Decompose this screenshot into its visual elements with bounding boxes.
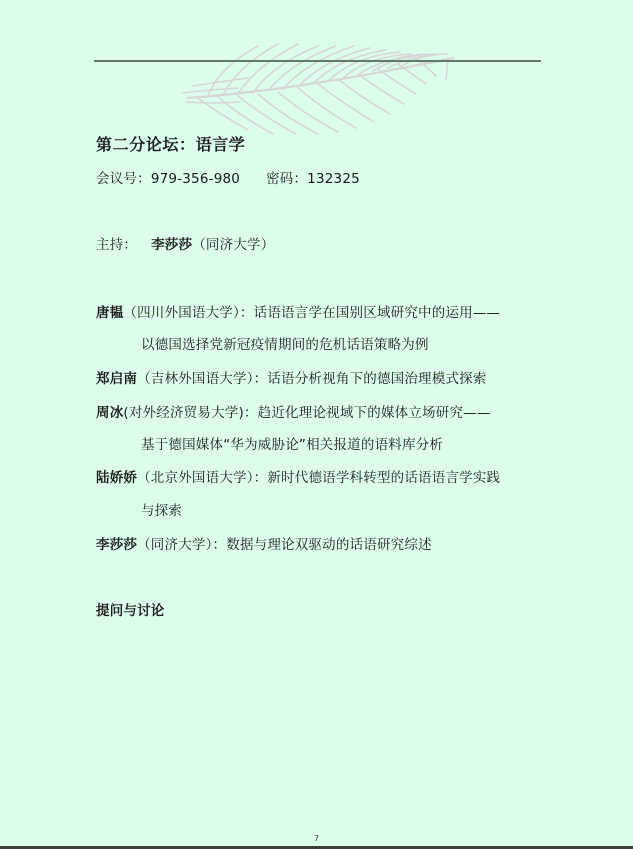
talk-item: 周冰(对外经济贸易大学)：趋近化理论视域下的媒体立场研究—— bbox=[96, 404, 491, 422]
document-page: 第二分论坛：语言学 会议号：979-356-980密码：132325 主持：李莎… bbox=[0, 0, 633, 846]
talk-subtitle: 以德国选择党新冠疫情期间的危机话语策略为例 bbox=[141, 336, 429, 354]
talk-item: 李莎莎（同济大学）：数据与理论双驱动的话语研究综述 bbox=[96, 536, 432, 554]
talk-title: 趋近化理论视域下的媒体立场研究—— bbox=[258, 405, 491, 421]
host-line: 主持：李莎莎（同济大学） bbox=[96, 236, 274, 254]
talk-item: 唐韫（四川外国语大学）：话语语言学在国别区域研究中的运用—— bbox=[96, 304, 500, 322]
host-label: 主持： bbox=[96, 237, 137, 253]
speaker-affiliation: （吉林外国语大学）： bbox=[137, 371, 267, 387]
host-name: 李莎莎 bbox=[151, 237, 192, 253]
speaker-name: 周冰 bbox=[96, 405, 123, 421]
speaker-name: 郑启南 bbox=[96, 371, 137, 387]
speaker-affiliation: (对外经济贸易大学)： bbox=[123, 405, 257, 421]
speaker-affiliation: （四川外国语大学）： bbox=[123, 305, 253, 321]
password: 132325 bbox=[307, 171, 360, 187]
talk-title: 新时代德语学科转型的话语语言学实践 bbox=[267, 470, 500, 486]
meeting-id-label: 会议号： bbox=[96, 171, 151, 187]
password-label: 密码： bbox=[266, 171, 307, 187]
meeting-info: 会议号：979-356-980密码：132325 bbox=[96, 170, 360, 188]
speaker-name: 唐韫 bbox=[96, 305, 123, 321]
speaker-name: 陆娇娇 bbox=[96, 470, 137, 486]
meeting-id: 979-356-980 bbox=[151, 171, 240, 187]
page-number: 7 bbox=[0, 834, 633, 843]
talk-subtitle: 与探索 bbox=[141, 502, 182, 520]
host-affiliation: （同济大学） bbox=[192, 237, 274, 253]
talk-subtitle: 基于德国媒体“华为威胁论”相关报道的语料库分析 bbox=[141, 436, 443, 454]
header-divider bbox=[94, 60, 541, 62]
talk-item: 郑启南（吉林外国语大学）：话语分析视角下的德国治理模式探索 bbox=[96, 370, 487, 388]
speaker-name: 李莎莎 bbox=[96, 537, 137, 553]
talk-item: 陆娇娇（北京外国语大学）：新时代德语学科转型的话语语言学实践 bbox=[96, 469, 500, 487]
talk-title: 数据与理论双驱动的话语研究综述 bbox=[226, 537, 432, 553]
talk-title: 话语分析视角下的德国治理模式探索 bbox=[267, 371, 486, 387]
forum-title: 第二分论坛：语言学 bbox=[96, 136, 245, 154]
talk-title: 话语语言学在国别区域研究中的运用—— bbox=[254, 305, 501, 321]
discussion-heading: 提问与讨论 bbox=[96, 602, 165, 620]
feather-icon bbox=[178, 38, 458, 138]
speaker-affiliation: （北京外国语大学）： bbox=[137, 470, 267, 486]
speaker-affiliation: （同济大学）： bbox=[137, 537, 226, 553]
